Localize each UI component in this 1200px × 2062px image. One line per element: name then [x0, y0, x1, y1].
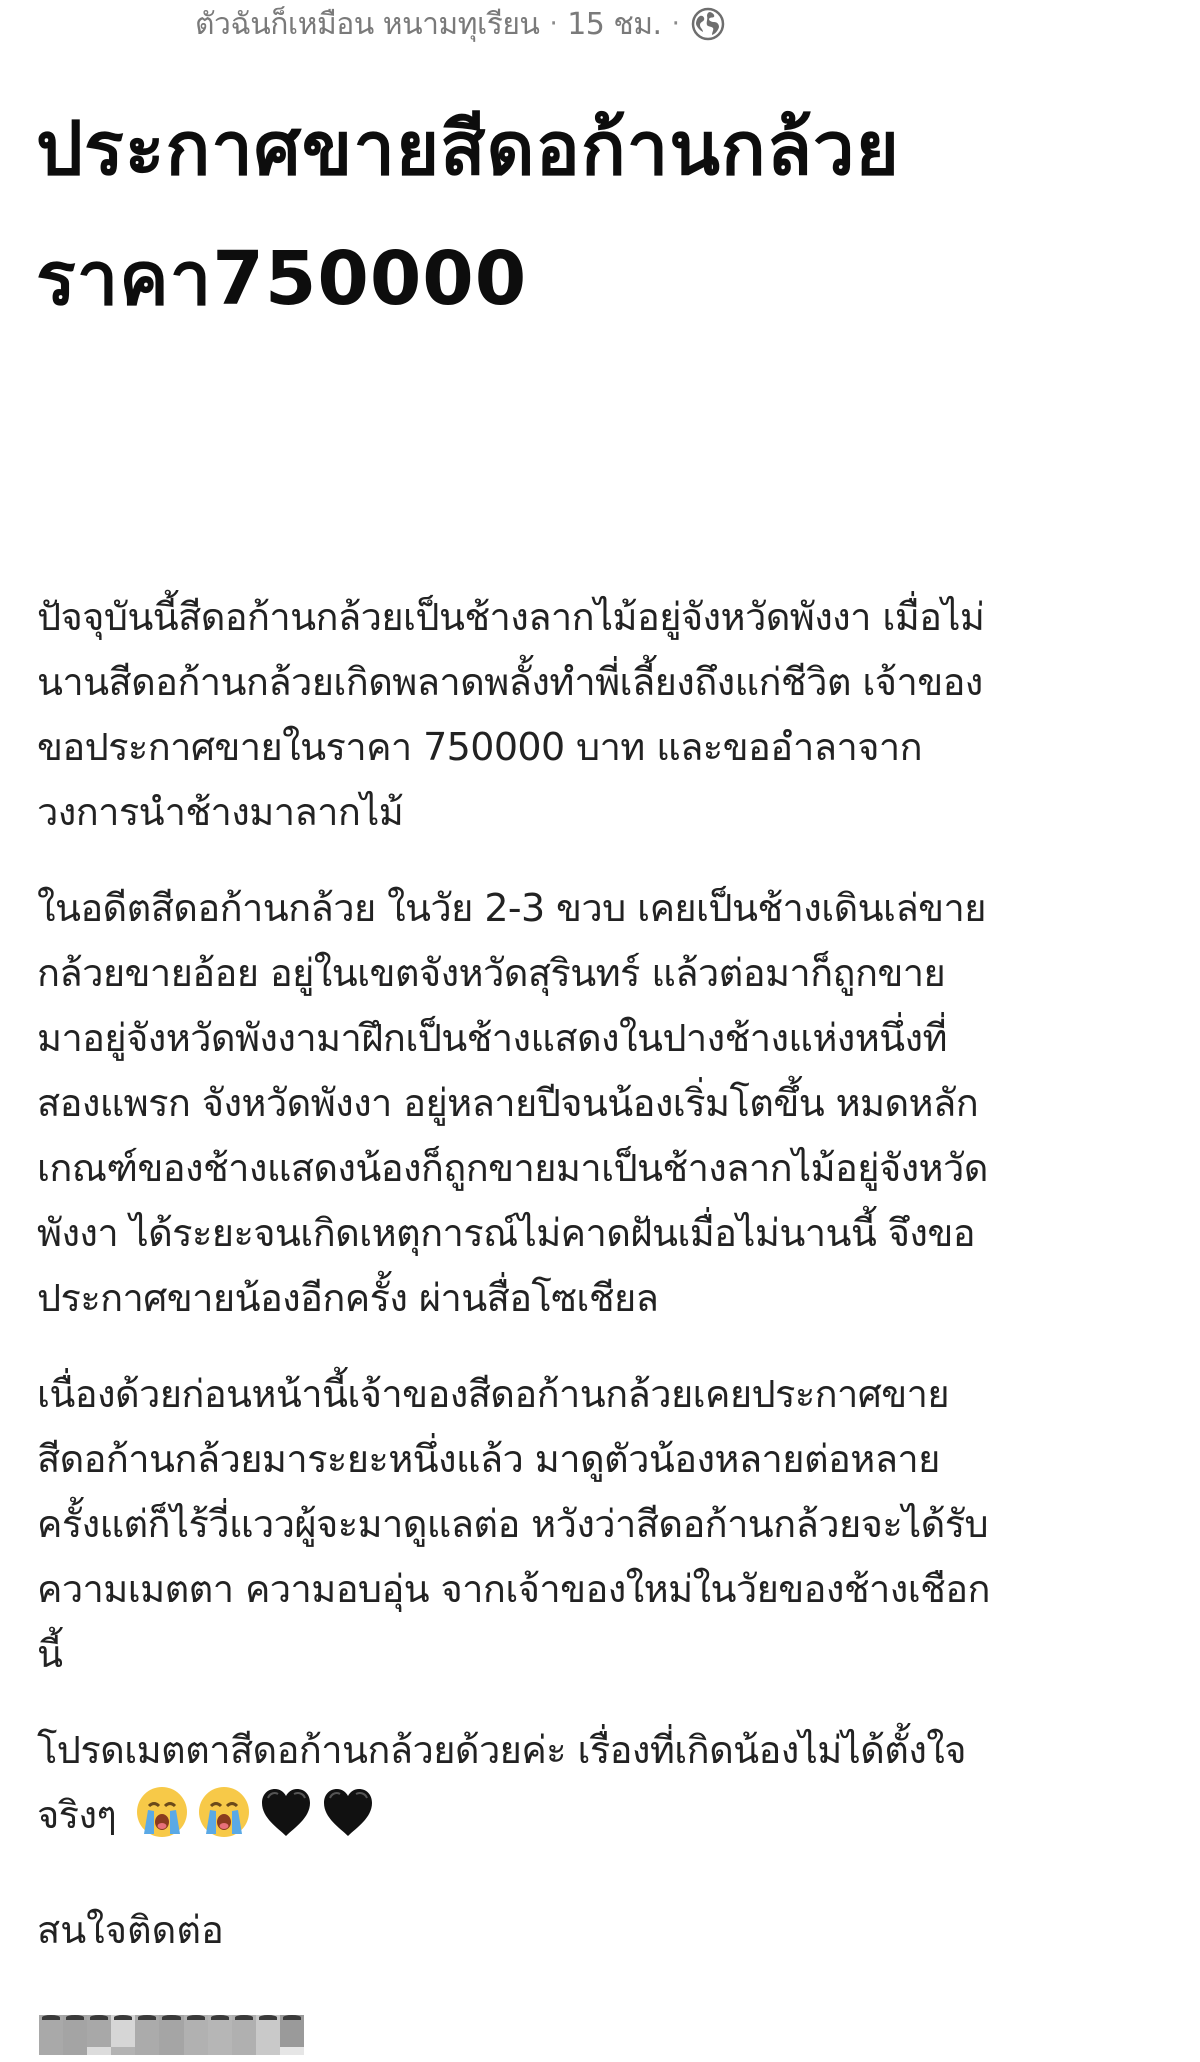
text-line: ในอดีตสีดอก้านกล้วย ในวัย 2-3 ขวบ เคยเป็… — [37, 876, 1177, 941]
post-body: ปัจจุบันนี้สีดอก้านกล้วยเป็นช้างลากไม้อย… — [37, 585, 1177, 1879]
mosaic-block — [87, 2015, 111, 2055]
title-line: ราคา750000 — [36, 214, 1156, 344]
text-line: สองแพรก จังหวัดพังงา อยู่หลายปีจนน้องเริ… — [37, 1071, 1177, 1136]
post-timestamp[interactable]: 15 ชม. — [567, 1, 661, 48]
contact-label: สนใจติดต่อ — [37, 1898, 224, 1963]
text-line: มาอยู่จังหวัดพังงามาฝึกเป็นช้างแสดงในปาง… — [37, 1006, 1177, 1071]
text-line: สีดอก้านกล้วยมาระยะหนึ่งแล้ว มาดูตัวน้อง… — [37, 1427, 1177, 1492]
mosaic-block — [208, 2015, 232, 2055]
mosaic-block — [256, 2015, 280, 2055]
text-line: วงการนำช้างมาลากไม้ — [37, 780, 1177, 845]
mosaic-block — [63, 2015, 87, 2055]
black-heart-emoji — [320, 1784, 376, 1840]
meta-separator: · — [549, 9, 557, 39]
globe-icon[interactable] — [691, 7, 725, 41]
mosaic-block — [184, 2015, 208, 2055]
text-line: นานสีดอก้านกล้วยเกิดพลาดพลั้งทำพี่เลี้ยง… — [37, 650, 1177, 715]
mosaic-block — [280, 2015, 304, 2055]
text-line: ครั้งแต่ก็ไร้วี่แววผู้จะมาดูแลต่อ หวังว่… — [37, 1492, 1177, 1557]
post-meta: ตัวฉันก็เหมือน หนามทุเรียน · 15 ชม. · — [195, 2, 725, 46]
paragraph-plea: โปรดเมตตาสีดอก้านกล้วยด้วยค่ะ เรื่องที่เ… — [37, 1718, 1177, 1848]
title-line: ประกาศขายสีดอก้านกล้วย — [36, 84, 1156, 214]
paragraph-hope: เนื่องด้วยก่อนหน้านี้เจ้าของสีดอก้านกล้ว… — [37, 1362, 1177, 1687]
text-line: ปัจจุบันนี้สีดอก้านกล้วยเป็นช้างลากไม้อย… — [37, 585, 1177, 650]
black-heart-emoji — [258, 1784, 314, 1840]
loudly-crying-face-emoji — [134, 1784, 190, 1840]
text-line: กล้วยขายอ้อย อยู่ในเขตจังหวัดสุรินทร์ แล… — [37, 941, 1177, 1006]
text-line: นี้ — [37, 1622, 1177, 1687]
author-name[interactable]: ตัวฉันก็เหมือน หนามทุเรียน — [195, 1, 539, 48]
text-line: ประกาศขายน้องอีกครั้ง ผ่านสื่อโซเชียล — [37, 1266, 1177, 1331]
post-title: ประกาศขายสีดอก้านกล้วย ราคา750000 — [36, 84, 1156, 344]
meta-separator: · — [672, 9, 680, 39]
mosaic-block — [232, 2015, 256, 2055]
mosaic-block — [111, 2015, 135, 2055]
text-line: เกณฑ์ของช้างแสดงน้องก็ถูกขายมาเป็นช้างลา… — [37, 1136, 1177, 1201]
text-line: พังงา ได้ระยะจนเกิดเหตุการณ์ไม่คาดฝันเมื… — [37, 1201, 1177, 1266]
text-line: ขอประกาศขายในราคา 750000 บาท และขออำลาจา… — [37, 715, 1177, 780]
paragraph-history: ในอดีตสีดอก้านกล้วย ในวัย 2-3 ขวบ เคยเป็… — [37, 876, 1177, 1331]
mosaic-block — [39, 2015, 63, 2055]
text-line-with-emoji: จริงๆ — [37, 1783, 1177, 1848]
text-line: ความเมตตา ความอบอุ่น จากเจ้าของใหม่ในวัย… — [37, 1557, 1177, 1622]
loudly-crying-face-emoji — [196, 1784, 252, 1840]
mosaic-block — [135, 2015, 159, 2055]
mosaic-block — [159, 2015, 183, 2055]
text-line: โปรดเมตตาสีดอก้านกล้วยด้วยค่ะ เรื่องที่เ… — [37, 1718, 1177, 1783]
paragraph-current-status: ปัจจุบันนี้สีดอก้านกล้วยเป็นช้างลากไม้อย… — [37, 585, 1177, 845]
text-line: เนื่องด้วยก่อนหน้านี้เจ้าของสีดอก้านกล้ว… — [37, 1362, 1177, 1427]
text-fragment: จริงๆ — [37, 1793, 116, 1837]
redacted-phone-number — [39, 2015, 304, 2055]
